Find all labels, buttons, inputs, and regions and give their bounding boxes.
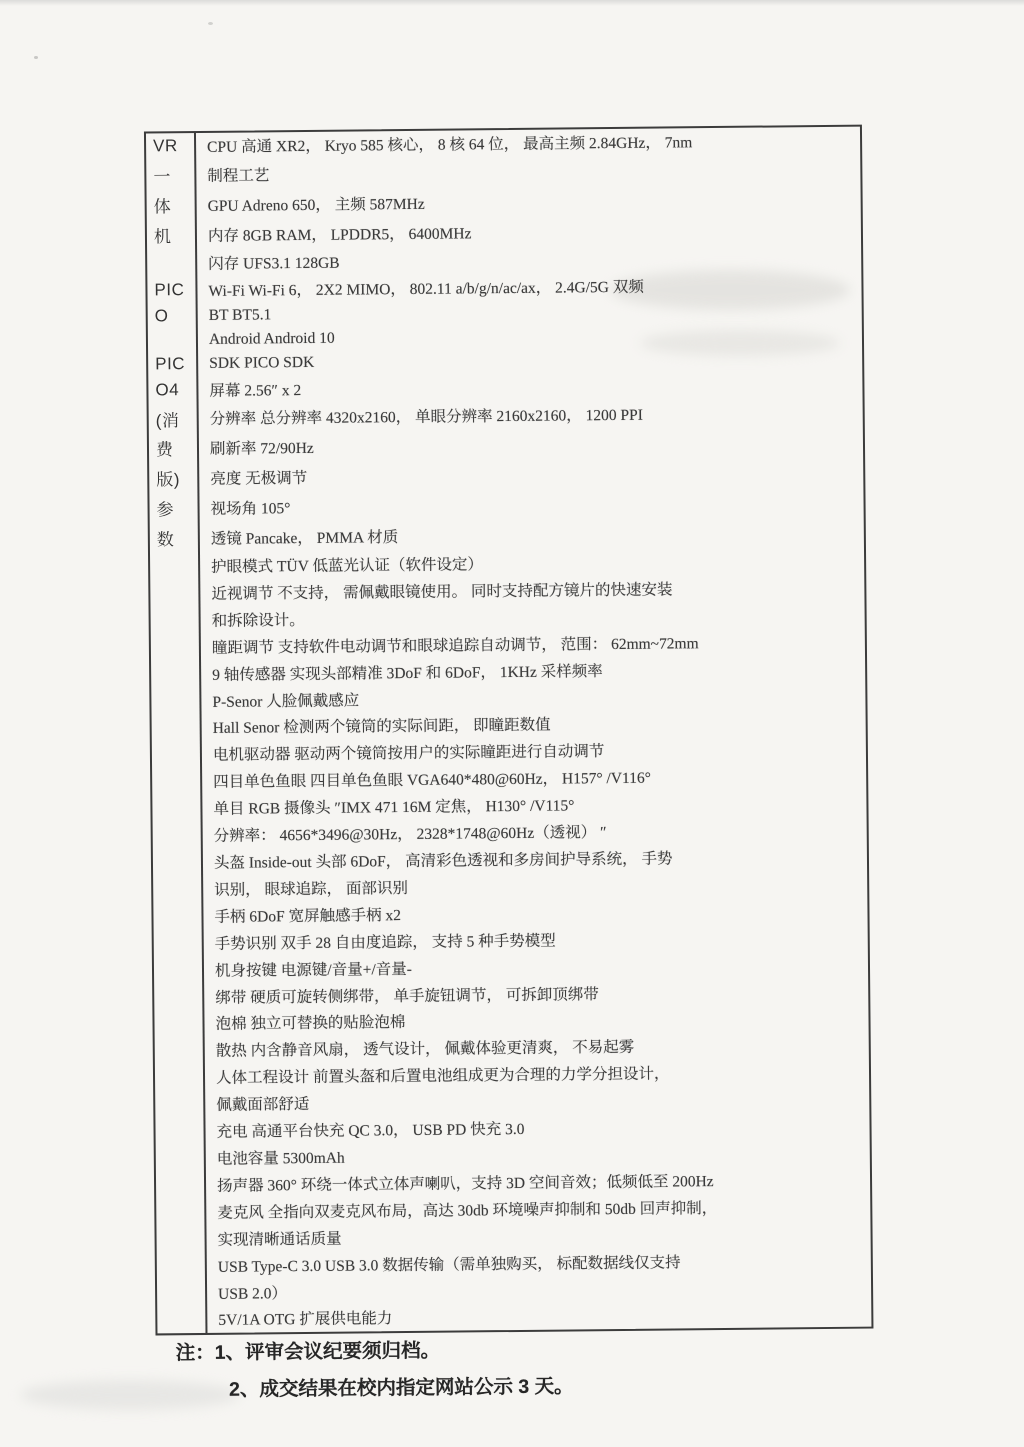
row-category-label bbox=[152, 714, 202, 741]
row-category-label bbox=[154, 983, 204, 1010]
row-category-label bbox=[152, 795, 202, 822]
row-category-label bbox=[151, 660, 201, 687]
row-category-label: (消 bbox=[149, 403, 199, 433]
row-category-label: PIC bbox=[148, 351, 198, 376]
row-category-label bbox=[156, 1198, 206, 1225]
row-category-label: VR bbox=[146, 133, 196, 160]
row-category-label bbox=[151, 633, 201, 660]
row-category-label: O4 bbox=[148, 376, 198, 403]
row-category-label bbox=[154, 956, 204, 983]
row-category-label bbox=[156, 1171, 206, 1198]
row-category-label: 体 bbox=[147, 190, 197, 220]
row-category-label bbox=[153, 822, 203, 849]
row-category-label bbox=[155, 1037, 205, 1064]
row-category-label bbox=[154, 929, 204, 956]
row-category-label bbox=[150, 553, 200, 580]
row-category-label: 费 bbox=[149, 433, 199, 463]
page-content: VRCPU 高通 XR2， Kryo 585 核心， 8 核 64 位， 最高主… bbox=[0, 0, 1024, 1447]
footnotes: 注： 1、评审会议纪要须归档。 2、成交结果在校内指定网站公示 3 天。 bbox=[176, 1331, 574, 1409]
row-category-label: 一 bbox=[146, 160, 196, 190]
row-category-label bbox=[157, 1306, 207, 1333]
row-category-label bbox=[156, 1225, 206, 1252]
row-category-label: 参 bbox=[149, 493, 199, 523]
scanned-page: VRCPU 高通 XR2， Kryo 585 核心， 8 核 64 位， 最高主… bbox=[0, 0, 1024, 1447]
row-category-label: 机 bbox=[147, 220, 197, 250]
row-category-label bbox=[153, 875, 203, 902]
row-category-label bbox=[155, 1091, 205, 1118]
row-category-label bbox=[151, 606, 201, 633]
row-category-label bbox=[150, 579, 200, 606]
row-category-label bbox=[151, 687, 201, 714]
row-category-label bbox=[152, 768, 202, 795]
row-spec-text: 5V/1A OTG 扩展供电能力 bbox=[207, 1300, 871, 1333]
row-category-label bbox=[153, 849, 203, 876]
footnote-line-1: 1、评审会议纪要须归档。 bbox=[215, 1331, 574, 1371]
row-category-label bbox=[157, 1252, 207, 1279]
row-category-label: PIC bbox=[147, 277, 197, 304]
row-category-label: 数 bbox=[150, 523, 200, 553]
row-category-label bbox=[153, 902, 203, 929]
row-category-label bbox=[155, 1118, 205, 1145]
row-category-label bbox=[155, 1064, 205, 1091]
spec-table: VRCPU 高通 XR2， Kryo 585 核心， 8 核 64 位， 最高主… bbox=[144, 125, 874, 1336]
footnote-prefix: 注： bbox=[176, 1335, 216, 1409]
footnote-line-2: 2、成交结果在校内指定网站公示 3 天。 bbox=[229, 1368, 574, 1408]
row-category-label: 版) bbox=[149, 463, 199, 493]
row-category-label: O bbox=[148, 303, 198, 328]
row-category-label bbox=[156, 1144, 206, 1171]
row-category-label bbox=[157, 1279, 207, 1306]
row-category-label bbox=[152, 741, 202, 768]
row-category-label bbox=[147, 250, 197, 277]
row-category-label bbox=[148, 328, 198, 351]
row-category-label bbox=[154, 1010, 204, 1037]
table-row: 5V/1A OTG 扩展供电能力 bbox=[157, 1300, 871, 1334]
